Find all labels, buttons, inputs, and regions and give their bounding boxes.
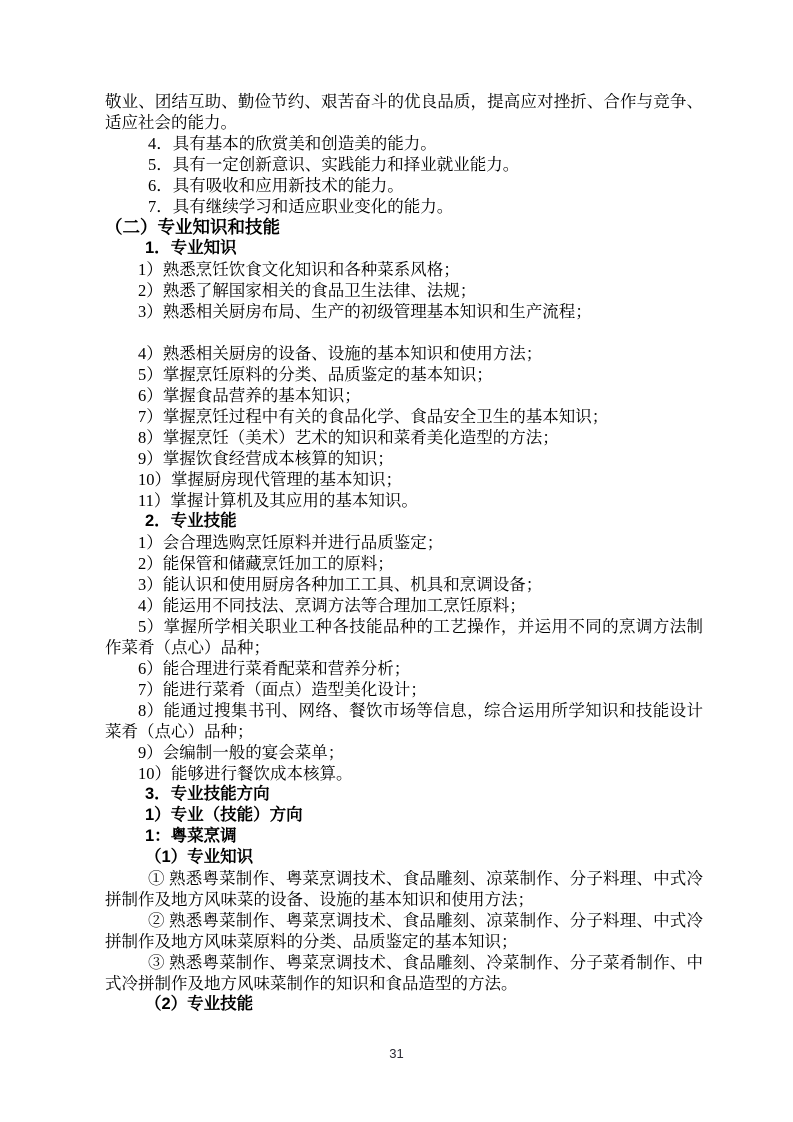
list-item: 10）掌握厨房现代管理的基本知识； (105, 469, 703, 490)
list-item: 6）掌握食品营养的基本知识； (105, 385, 703, 406)
list-item: 2）能保管和储藏烹饪加工的原料； (105, 553, 703, 574)
list-item: 5）掌握所学相关职业工种各技能品种的工艺操作，并运用不同的烹调方法制作菜肴（点心… (105, 616, 703, 658)
page-number: 31 (0, 1046, 793, 1061)
list-item: 4）能运用不同技法、烹调方法等合理加工烹饪原料； (105, 595, 703, 616)
list-item: 9）掌握饮食经营成本核算的知识； (105, 448, 703, 469)
list-item: 10）能够进行餐饮成本核算。 (105, 763, 703, 784)
document-body: 敬业、团结互助、勤俭节约、艰苦奋斗的优良品质，提高应对挫折、合作与竞争、适应社会… (105, 91, 703, 1015)
subsection-heading: （2）专业技能 (105, 994, 703, 1015)
list-item: 6）能合理进行菜肴配菜和营养分析； (105, 658, 703, 679)
subsection-heading: 2．专业技能 (105, 511, 703, 532)
list-item: 5．具有一定创新意识、实践能力和择业就业能力。 (105, 154, 703, 175)
list-item: 7）掌握烹饪过程中有关的食品化学、食品安全卫生的基本知识； (105, 406, 703, 427)
list-item: 1）熟悉烹饪饮食文化知识和各种菜系风格； (105, 259, 703, 280)
list-item: 11）掌握计算机及其应用的基本知识。 (105, 490, 703, 511)
subsection-heading: 1：粤菜烹调 (105, 826, 703, 847)
list-item: 9）会编制一般的宴会菜单； (105, 742, 703, 763)
document-page: 敬业、团结互助、勤俭节约、艰苦奋斗的优良品质，提高应对挫折、合作与竞争、适应社会… (0, 0, 793, 1122)
list-item: ③ 熟悉粤菜制作、粤菜烹调技术、食品雕刻、冷菜制作、分子菜肴制作、中式冷拼制作及… (105, 952, 703, 994)
list-item: 4．具有基本的欣赏美和创造美的能力。 (105, 133, 703, 154)
list-item: 8）能通过搜集书刊、网络、餐饮市场等信息，综合运用所学知识和技能设计菜肴（点心）… (105, 700, 703, 742)
list-item: 3）能认识和使用厨房各种加工工具、机具和烹调设备； (105, 574, 703, 595)
list-item: 3）熟悉相关厨房布局、生产的初级管理基本知识和生产流程； (105, 301, 703, 322)
subsection-heading: （1）专业知识 (105, 847, 703, 868)
list-item: 6．具有吸收和应用新技术的能力。 (105, 175, 703, 196)
list-item: 1）会合理选购烹饪原料并进行品质鉴定； (105, 532, 703, 553)
list-item: 4）熟悉相关厨房的设备、设施的基本知识和使用方法； (105, 343, 703, 364)
list-item: 7．具有继续学习和适应职业变化的能力。 (105, 196, 703, 217)
blank-line (105, 322, 703, 343)
list-item: ① 熟悉粤菜制作、粤菜烹调技术、食品雕刻、凉菜制作、分子料理、中式冷拼制作及地方… (105, 868, 703, 910)
section-heading: （二）专业知识和技能 (105, 217, 703, 238)
subsection-heading: 1）专业（技能）方向 (105, 805, 703, 826)
list-item: 8）掌握烹饪（美术）艺术的知识和菜肴美化造型的方法； (105, 427, 703, 448)
list-item: 7）能进行菜肴（面点）造型美化设计； (105, 679, 703, 700)
subsection-heading: 1．专业知识 (105, 238, 703, 259)
subsection-heading: 3．专业技能方向 (105, 784, 703, 805)
list-item: 5）掌握烹饪原料的分类、品质鉴定的基本知识； (105, 364, 703, 385)
body-paragraph: 敬业、团结互助、勤俭节约、艰苦奋斗的优良品质，提高应对挫折、合作与竞争、适应社会… (105, 91, 703, 133)
list-item: 2）熟悉了解国家相关的食品卫生法律、法规； (105, 280, 703, 301)
list-item: ② 熟悉粤菜制作、粤菜烹调技术、食品雕刻、凉菜制作、分子料理、中式冷拼制作及地方… (105, 910, 703, 952)
